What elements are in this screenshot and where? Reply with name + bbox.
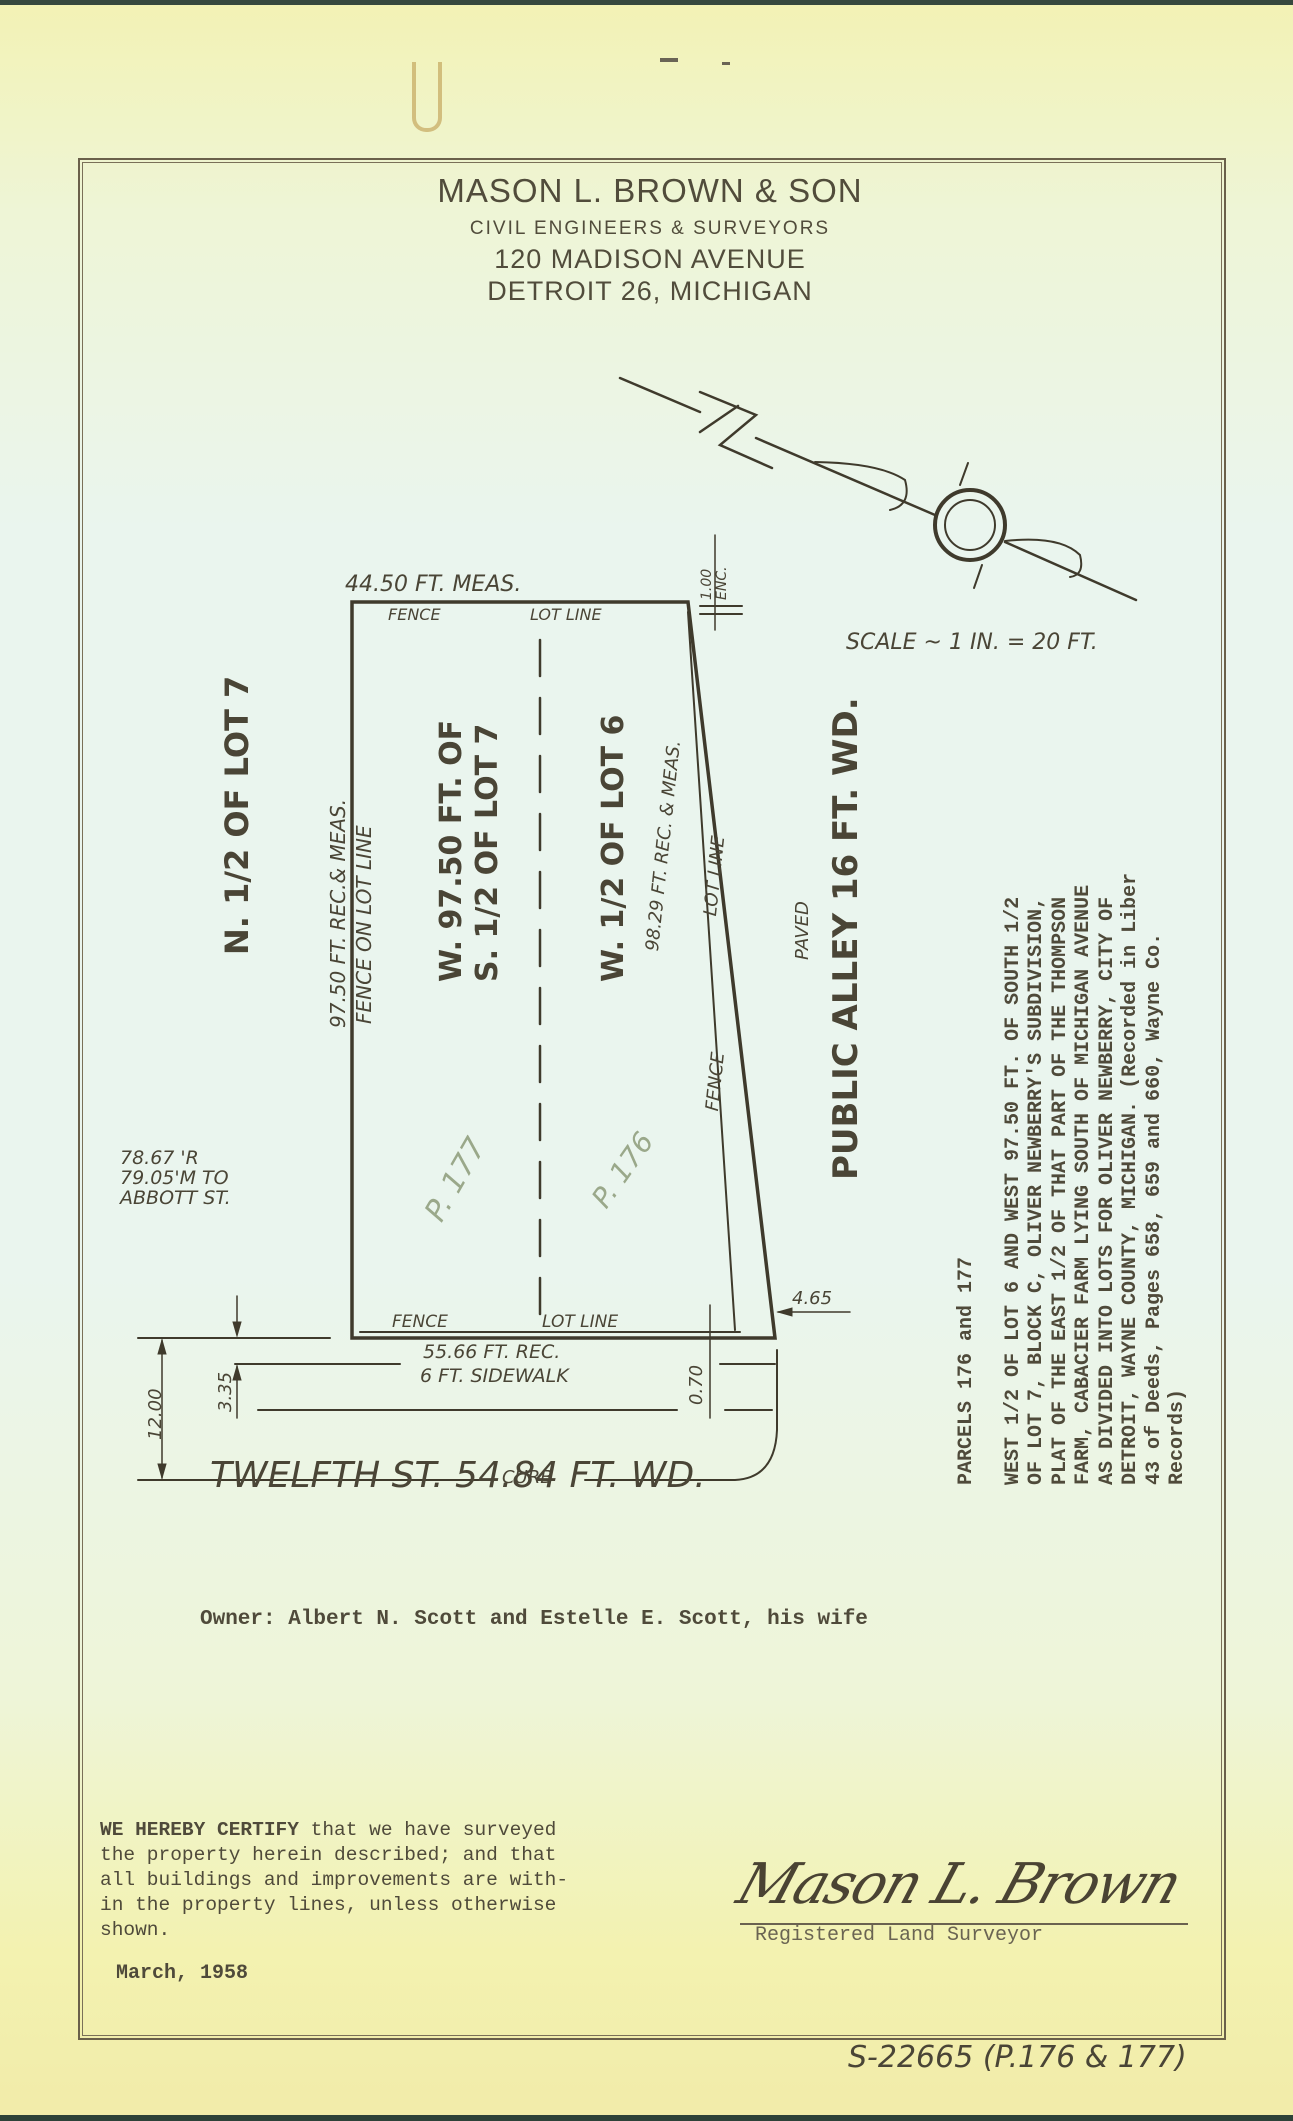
dim-070-label: 0.70 xyxy=(686,1365,707,1405)
left-fence-note: FENCE ON LOT LINE xyxy=(352,825,376,1024)
parcel-east-label: W. 1/2 OF LOT 6 xyxy=(596,715,631,982)
certify-text: shown. xyxy=(100,1918,568,1943)
certify-lead: WE HEREBY CERTIFY xyxy=(100,1819,299,1841)
parcels-heading: PARCELS 176 and 177 xyxy=(955,873,979,1485)
encroach-top-label: 1.00ENC. xyxy=(700,566,730,600)
dim-12-label: 12.00 xyxy=(145,1388,166,1440)
alley-paved-label: PAVED xyxy=(792,901,813,960)
north-lot-label: N. 1/2 OF LOT 7 xyxy=(218,676,256,955)
certify-text: the property herein described; and that xyxy=(100,1843,568,1868)
top-fence-label: FENCE xyxy=(388,605,441,624)
parcel-west-label: W. 97.50 FT. OFS. 1/2 OF LOT 7 xyxy=(434,720,506,982)
description-line: WEST 1/2 OF LOT 6 AND WEST 97.50 FT. OF … xyxy=(1002,873,1026,1485)
survey-date: March, 1958 xyxy=(116,1962,248,1985)
certification-block: WE HEREBY CERTIFY that we have surveyed … xyxy=(100,1818,568,1943)
description-line: DETROIT, WAYNE COUNTY, MICHIGAN. (Record… xyxy=(1119,873,1143,1485)
certify-text: in the property lines, unless otherwise xyxy=(100,1893,568,1918)
legal-description: PARCELS 176 and 177 WEST 1/2 OF LOT 6 AN… xyxy=(955,873,1190,1485)
description-line: FARM, CABACIER FARM LYING SOUTH OF MICHI… xyxy=(1072,873,1096,1485)
bottom-dimension-label: 55.66 FT. REC. xyxy=(423,1341,560,1363)
description-line: PLAT OF THE EAST 1/2 OF THAT PART OF THE… xyxy=(1049,873,1073,1485)
bottom-fence-label: FENCE xyxy=(392,1312,448,1332)
owner-line: Owner: Albert N. Scott and Estelle E. Sc… xyxy=(200,1608,868,1631)
description-line: Records) xyxy=(1166,873,1190,1485)
dim-335-label: 3.35 xyxy=(215,1372,236,1412)
certify-text: all buildings and improvements are with- xyxy=(100,1868,568,1893)
description-line: 43 of Deeds, Pages 658, 659 and 660, Way… xyxy=(1143,873,1167,1485)
top-lot-line-label: LOT LINE xyxy=(530,605,602,624)
dim-465-label: 4.65 xyxy=(792,1288,832,1309)
signature: Mason L. Brown xyxy=(729,1852,1188,1917)
file-reference: S-22665 (P.176 & 177) xyxy=(848,2040,1187,2075)
sidewalk-label: 6 FT. SIDEWALK xyxy=(420,1365,569,1387)
alley-label: PUBLIC ALLEY 16 FT. WD. xyxy=(826,697,866,1180)
left-dimension-label: 97.50 FT. REC.& MEAS. xyxy=(326,799,350,1028)
description-line: AS DIVIDED INTO LOTS FOR OLIVER NEWBERRY… xyxy=(1096,873,1120,1485)
top-dimension-label: 44.50 FT. MEAS. xyxy=(345,572,521,597)
scale-label: SCALE ~ 1 IN. = 20 FT. xyxy=(846,630,1098,655)
certify-text: that we have surveyed xyxy=(299,1819,556,1841)
abbott-distance-label: 78.67 'R 79.05'M TO ABBOTT ST. xyxy=(120,1148,231,1208)
signature-title: Registered Land Surveyor xyxy=(755,1924,1043,1947)
bottom-lot-line-label: LOT LINE xyxy=(542,1312,618,1332)
fence-line-right xyxy=(688,612,735,1330)
description-line: OF LOT 7, BLOCK C, OLIVER NEWBERRY'S SUB… xyxy=(1025,873,1049,1485)
street-label: TWELFTH ST. 54.84 FT. WD. xyxy=(210,1455,706,1496)
north-arrow-icon xyxy=(620,378,1136,600)
